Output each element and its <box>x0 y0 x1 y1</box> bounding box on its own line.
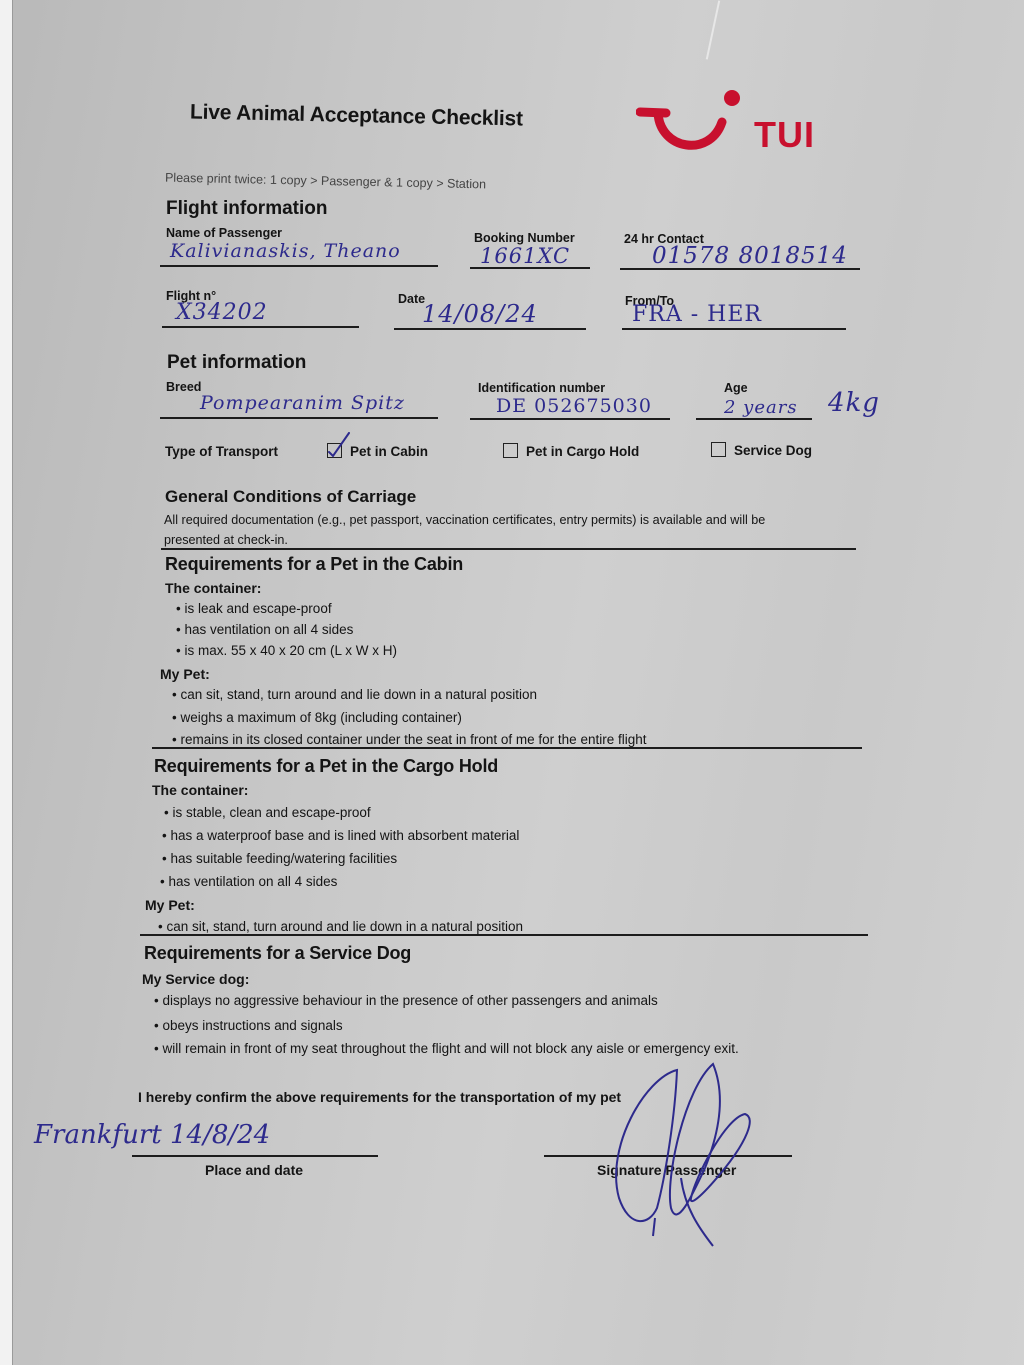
pet-in-cargo-hold-label: Pet in Cargo Hold <box>526 444 639 459</box>
option-pet-in-cabin[interactable]: Pet in Cabin <box>327 443 428 459</box>
cargo-pet-label: My Pet: <box>145 897 195 913</box>
general-conditions-text-2: presented at check-in. <box>164 533 288 547</box>
signature-field[interactable] <box>605 1058 765 1248</box>
age-label: Age <box>724 381 748 395</box>
cargo-container-label: The container: <box>152 782 248 798</box>
passenger-name-line <box>160 265 438 267</box>
passenger-name-field[interactable]: Kalivianaskis, Theano <box>170 240 401 262</box>
age-field[interactable]: 2 years <box>724 397 798 418</box>
flight-no-line <box>162 326 359 328</box>
service-dog-item: displays no aggressive behaviour in the … <box>154 993 658 1008</box>
tui-smile-logo-icon <box>636 88 756 160</box>
cabin-pet-label: My Pet: <box>160 666 210 682</box>
service-dog-item: will remain in front of my seat througho… <box>154 1041 739 1056</box>
cargo-pet-item: can sit, stand, turn around and lie down… <box>158 919 523 934</box>
service-dog-requirements-heading: Requirements for a Service Dog <box>144 943 411 964</box>
cabin-container-label: The container: <box>165 580 261 596</box>
flight-no-field[interactable]: X34202 <box>176 300 268 325</box>
cabin-requirements-heading: Requirements for a Pet in the Cabin <box>165 554 463 575</box>
paper-crease <box>706 0 720 59</box>
paper-edge <box>0 0 13 1365</box>
age-line <box>696 418 812 420</box>
document-title: Live Animal Acceptance Checklist <box>190 101 523 132</box>
checkbox-pet-in-cabin[interactable] <box>327 443 342 458</box>
cabin-container-item: has ventilation on all 4 sides <box>176 622 353 637</box>
service-dog-label-sub: My Service dog: <box>142 971 249 987</box>
breed-field[interactable]: Pompearanim Spitz <box>200 392 405 414</box>
cargo-requirements-heading: Requirements for a Pet in the Cargo Hold <box>154 756 498 777</box>
checkbox-pet-in-cargo-hold[interactable] <box>503 443 518 458</box>
cargo-container-item: is stable, clean and escape-proof <box>164 805 371 820</box>
id-number-line <box>470 418 670 420</box>
divider-general <box>161 548 856 550</box>
booking-number-field[interactable]: 1661XC <box>480 244 570 268</box>
place-date-line <box>132 1155 378 1157</box>
cargo-container-item: has ventilation on all 4 sides <box>160 874 337 889</box>
divider-cargo <box>140 934 868 936</box>
passenger-name-label: Name of Passenger <box>166 226 282 240</box>
option-service-dog[interactable]: Service Dog <box>711 442 812 458</box>
place-date-label: Place and date <box>205 1162 303 1178</box>
weight-note: 4kg <box>828 388 880 418</box>
service-dog-item: obeys instructions and signals <box>154 1018 343 1033</box>
id-number-label: Identification number <box>478 381 605 395</box>
transport-type-label: Type of Transport <box>165 444 278 459</box>
service-dog-label: Service Dog <box>734 443 812 458</box>
tui-logo: TUI <box>636 88 836 158</box>
print-note: Please print twice: 1 copy > Passenger &… <box>165 171 486 192</box>
cabin-pet-item: remains in its closed container under th… <box>172 732 646 747</box>
cabin-pet-item: can sit, stand, turn around and lie down… <box>172 687 537 702</box>
breed-label: Breed <box>166 380 201 394</box>
signature-scribble-icon <box>605 1058 765 1248</box>
date-line <box>394 328 586 330</box>
divider-cabin <box>152 747 862 749</box>
cabin-container-item: is max. 55 x 40 x 20 cm (L x W x H) <box>176 643 397 658</box>
checkbox-service-dog[interactable] <box>711 442 726 457</box>
general-conditions-text-1: All required documentation (e.g., pet pa… <box>164 513 765 527</box>
booking-number-label: Booking Number <box>474 231 575 245</box>
breed-line <box>160 417 438 419</box>
place-date-field[interactable]: Frankfurt 14/8/24 <box>34 1120 270 1150</box>
cargo-container-item: has a waterproof base and is lined with … <box>162 828 519 843</box>
general-conditions-heading: General Conditions of Carriage <box>165 487 416 507</box>
contact-field[interactable]: 01578 8018514 <box>652 243 848 269</box>
id-number-field[interactable]: DE 052675030 <box>496 395 652 417</box>
tui-wordmark: TUI <box>754 114 815 156</box>
contact-line <box>620 268 860 270</box>
pet-in-cabin-label: Pet in Cabin <box>350 444 428 459</box>
cargo-container-item: has suitable feeding/watering facilities <box>162 851 397 866</box>
cabin-pet-item: weighs a maximum of 8kg (including conta… <box>172 710 462 725</box>
booking-number-line <box>470 267 590 269</box>
from-to-line <box>622 328 846 330</box>
checkmark-icon <box>327 432 351 458</box>
date-field[interactable]: 14/08/24 <box>422 300 538 328</box>
cabin-container-item: is leak and escape-proof <box>176 601 332 616</box>
option-pet-in-cargo-hold[interactable]: Pet in Cargo Hold <box>503 443 639 459</box>
flight-info-heading: Flight information <box>166 198 327 220</box>
pet-info-heading: Pet information <box>167 352 306 374</box>
confirmation-statement: I hereby confirm the above requirements … <box>138 1089 621 1105</box>
from-to-field[interactable]: FRA - HER <box>632 302 762 327</box>
